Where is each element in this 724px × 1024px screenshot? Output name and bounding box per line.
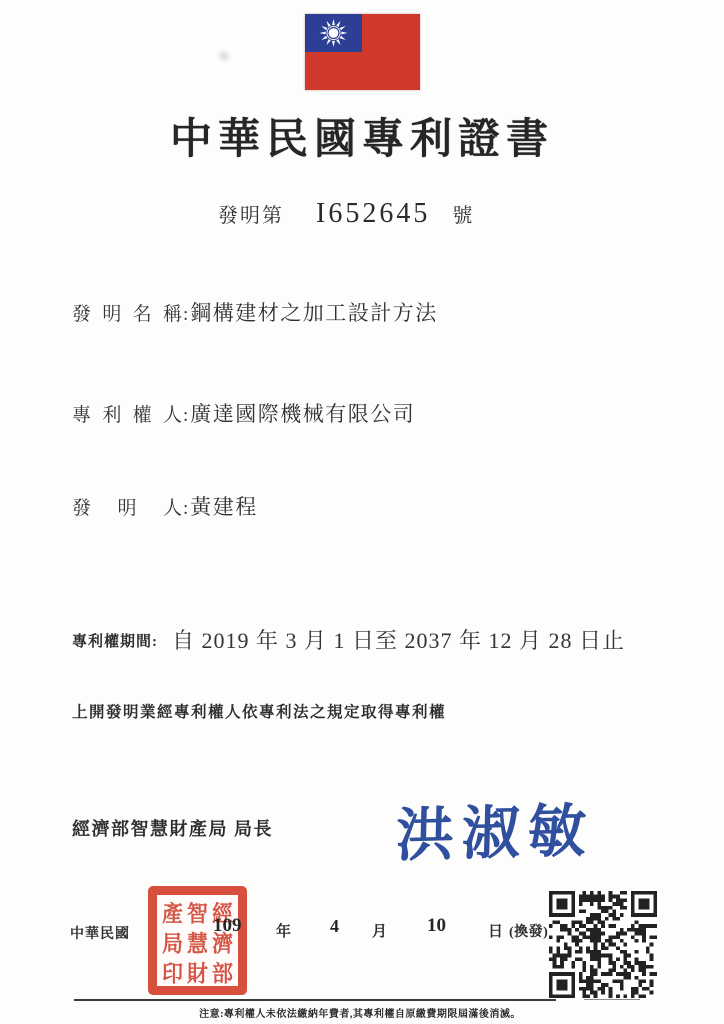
field-label: 發 明 人 [72, 493, 182, 520]
date-year: 109 [213, 915, 242, 937]
footnote-rule [74, 999, 556, 1001]
seal-char: 部 [210, 957, 235, 989]
director-signature: 洪淑敏 [395, 783, 595, 872]
label-char: 利 [102, 400, 121, 427]
date-year-unit: 年 [276, 920, 291, 941]
field-label: 發 明 名 稱 [72, 299, 182, 326]
term-value: 自 2019 年 3 月 1 日至 2037 年 12 月 28 日止 [172, 624, 625, 655]
date-day: 10 [427, 915, 446, 937]
number-prefix: 發明第 [218, 199, 284, 228]
field-label: 專 利 權 人 [72, 400, 182, 427]
label-char: 權 [133, 400, 152, 427]
inventor-value: 黃建程 [190, 491, 258, 521]
seal-char: 局 [160, 927, 185, 959]
label-char: 人 [163, 400, 182, 427]
label-char: 發 [72, 299, 91, 326]
patentee-value: 廣達國際機械有限公司 [190, 398, 415, 428]
number-suffix: 號 [452, 199, 472, 228]
field-invention-name: 發 明 名 稱 : 鋼構建材之加工設計方法 [72, 297, 438, 327]
label-char: 專 [72, 400, 91, 427]
date-day-unit: 日 [488, 920, 503, 941]
field-patentee: 專 利 權 人 : 廣達國際機械有限公司 [72, 398, 415, 428]
patent-number-line: 發明第 I652645 號 [218, 198, 472, 230]
date-era: 中華民國 [70, 923, 130, 943]
footnote-text: 注意:專利權人未依法繳納年費者,其專利權自原繳費期限屆滿後消滅。 [140, 1005, 580, 1020]
patent-number: I652645 [316, 198, 430, 230]
seal-char: 慧 [185, 927, 210, 959]
date-month: 4 [330, 916, 339, 937]
label-char: 明 [117, 493, 136, 520]
official-red-seal: 產 智 經 局 慧 濟 印 財 部 [148, 886, 247, 995]
patent-certificate-page: 中華民國專利證書 發明第 I652645 號 發 明 名 稱 : 鋼構建材之加工… [0, 0, 724, 1024]
grant-statement: 上開發明業經專利權人依專利法之規定取得專利權 [72, 700, 446, 722]
label-char: 人 [163, 493, 182, 520]
seal-char: 智 [185, 897, 210, 929]
label-char: 發 [72, 493, 91, 520]
date-month-unit: 月 [372, 920, 387, 941]
footnote-rule-fragment [584, 999, 640, 1000]
field-inventor: 發 明 人 : 黃建程 [72, 491, 258, 521]
issuer-office: 經濟部智慧財產局 局長 [72, 815, 273, 841]
label-colon: : [183, 304, 188, 326]
certificate-title: 中華民國專利證書 [0, 106, 724, 166]
label-colon: : [183, 405, 188, 427]
label-char: 明 [102, 299, 121, 326]
label-char: 稱 [163, 299, 182, 326]
seal-char: 財 [185, 957, 210, 989]
label-char: 名 [133, 299, 152, 326]
seal-char: 產 [160, 897, 185, 929]
seal-char: 印 [160, 957, 185, 989]
taiwan-flag-icon [305, 14, 420, 90]
scan-smudge [212, 45, 236, 68]
label-colon: : [183, 498, 188, 520]
date-reissue-note: (換發) [509, 921, 548, 941]
term-label: 專利權期間: [72, 630, 158, 651]
field-patent-term: 專利權期間: 自 2019 年 3 月 1 日至 2037 年 12 月 28 … [72, 624, 625, 655]
invention-name-value: 鋼構建材之加工設計方法 [190, 297, 438, 327]
qr-code [549, 891, 657, 998]
